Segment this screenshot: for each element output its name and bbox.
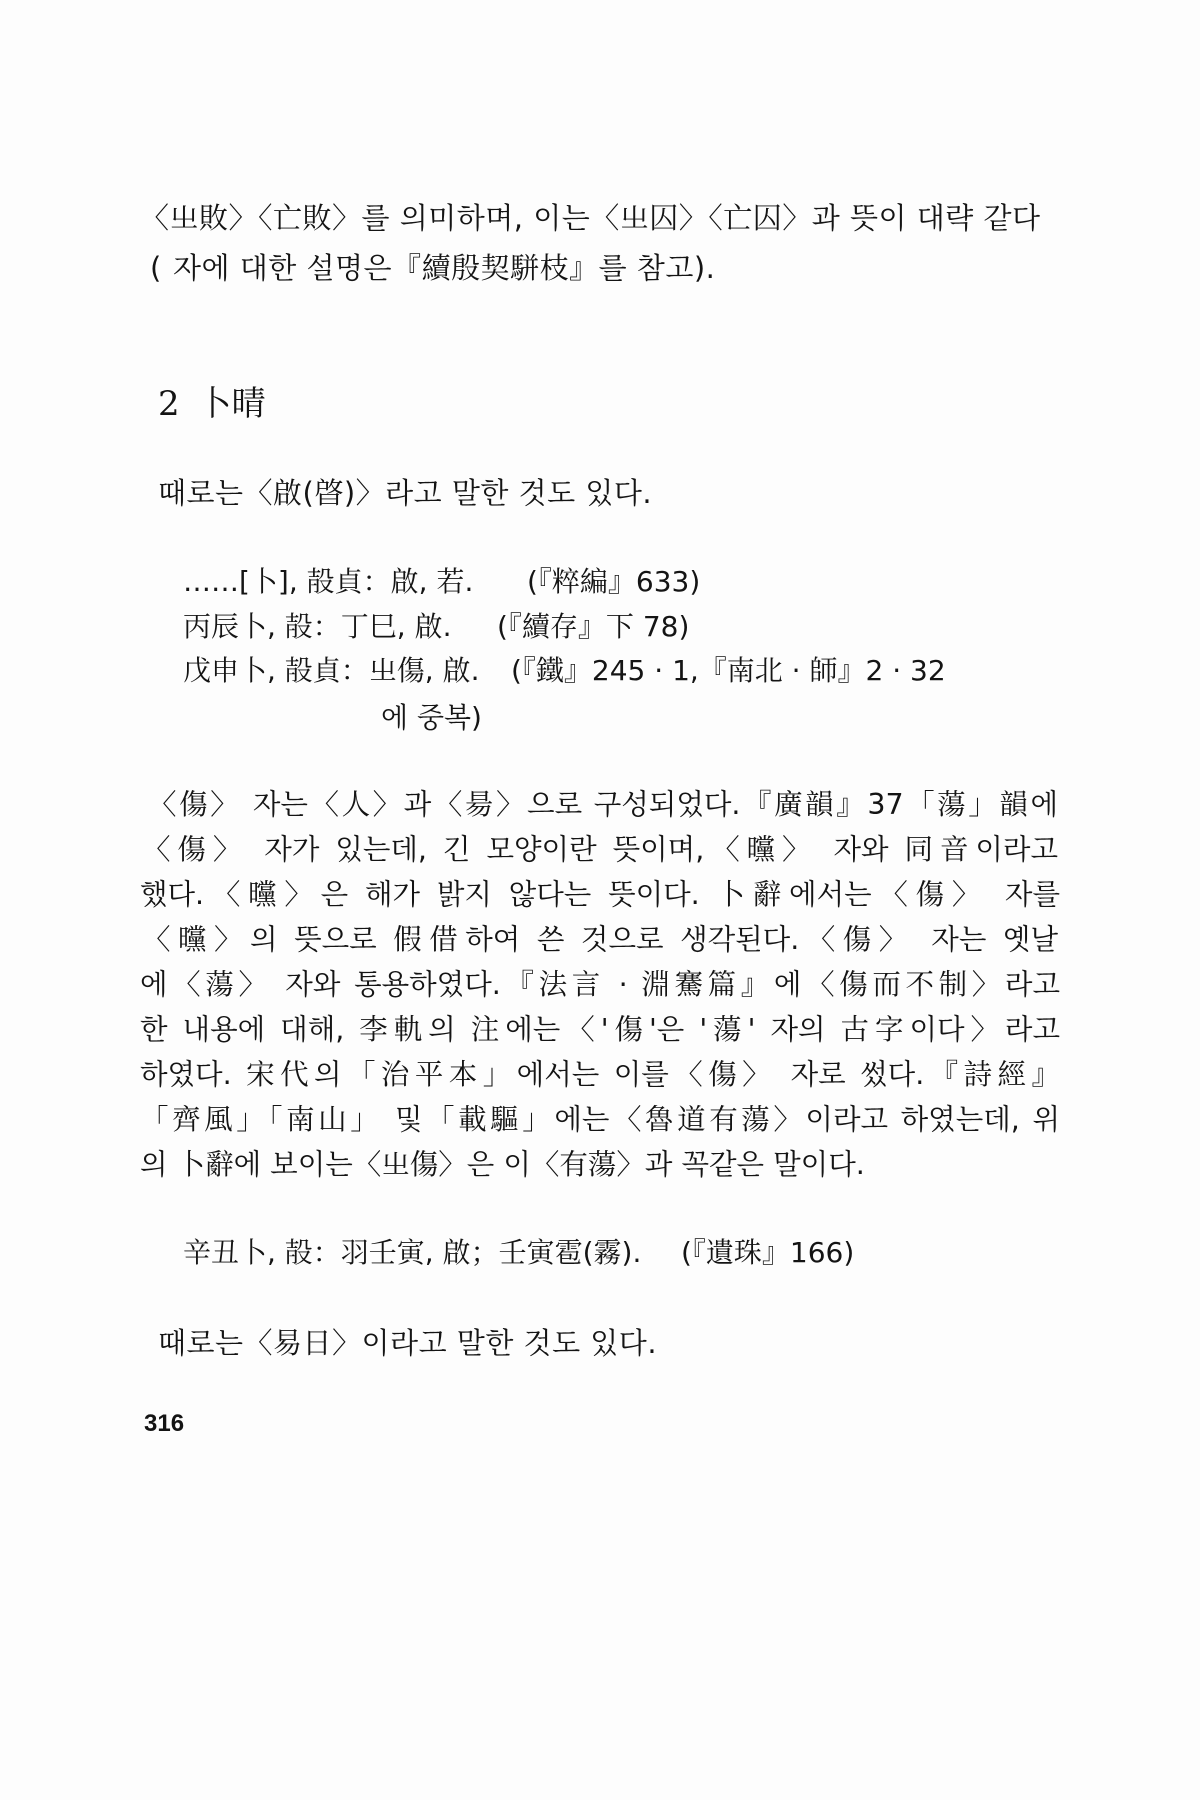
page-number: 316: [144, 1410, 184, 1438]
citation-text: ……[卜], 㱿貞：啟, 若.: [183, 565, 473, 598]
citation-text: 辛丑卜, 㱿：羽壬寅, 啟；壬寅雹(霧).: [183, 1236, 641, 1269]
citation-row: 辛丑卜, 㱿：羽壬寅, 啟；壬寅雹(霧). (『遺珠』166): [183, 1233, 641, 1273]
section-title: 卜晴: [198, 384, 266, 424]
citation-source: (『粹編』633): [527, 562, 700, 602]
section-heading: 2卜晴: [158, 382, 266, 426]
section-number: 2: [158, 384, 180, 424]
paragraph-line: 〈傷〉 자는〈人〉과〈昜〉으로 구성되었다.『廣韻』37「蕩」韻에: [148, 785, 1058, 825]
paragraph-line: 의 卜辭에 보이는〈㞢傷〉은 이〈有蕩〉과 꼭같은 말이다.: [140, 1145, 865, 1185]
intro-line-2: (〈𣅀〉 자에 대한 설명은『續殷契駢枝』를 참고).: [150, 248, 715, 288]
lead-sentence-1: 때로는〈啟(晵)〉라고 말한 것도 있다.: [158, 473, 652, 513]
citation-source: 에 중복): [381, 698, 482, 738]
paragraph-line: 「齊風」「南山」 및「載驅」에는〈魯道有蕩〉이라고 하였는데, 위: [140, 1100, 1060, 1140]
paragraph-line: 한 내용에 대해, 李軌의 注에는〈'傷'은 '蕩' 자의 古字이다〉라고: [140, 1010, 1060, 1050]
paragraph-line: 하였다. 宋代의「治平本」에서는 이를〈傷〉 자로 썼다.『詩經』: [140, 1055, 1060, 1095]
citation-source: (『鐵』245 · 1,『南北 · 師』2 · 32: [511, 651, 946, 691]
citation-source: (『遺珠』166): [681, 1233, 854, 1273]
citation-text: 丙辰卜, 㱿：丁巳, 啟.: [183, 610, 452, 643]
citation-row: 戊申卜, 㱿貞：㞢傷, 啟. (『鐵』245 · 1,『南北 · 師』2 · 3…: [183, 651, 480, 691]
citation-text: 戊申卜, 㱿貞：㞢傷, 啟.: [183, 654, 480, 687]
citation-row: 丙辰卜, 㱿：丁巳, 啟. (『續存』下 78): [183, 607, 452, 647]
paragraph-line: 〈曭〉의 뜻으로 假借하여 쓴 것으로 생각된다.〈傷〉 자는 옛날: [142, 920, 1058, 960]
paragraph-line: 에〈蕩〉 자와 통용하였다.『法言 · 淵騫篇』에〈傷而不制〉라고: [140, 965, 1060, 1005]
paragraph-line: 〈傷〉 자가 있는데, 긴 모양이란 뜻이며,〈曭〉 자와 同音이라고: [142, 830, 1058, 870]
lead-sentence-2: 때로는〈易日〉이라고 말한 것도 있다.: [158, 1323, 657, 1363]
paragraph-line: 했다.〈曭〉은 해가 밝지 않다는 뜻이다. 卜辭에서는〈傷〉 자를: [140, 875, 1060, 915]
citation-source: (『續存』下 78): [497, 607, 689, 647]
intro-line-1: 〈㞢敗〉〈亡敗〉를 의미하며, 이는〈㞢囚〉〈亡囚〉과 뜻이 대략 같다: [140, 198, 1041, 238]
citation-row: ……[卜], 㱿貞：啟, 若. (『粹編』633): [183, 562, 473, 602]
book-page: 〈㞢敗〉〈亡敗〉를 의미하며, 이는〈㞢囚〉〈亡囚〉과 뜻이 대략 같다 (〈𣅀…: [0, 0, 1200, 1800]
